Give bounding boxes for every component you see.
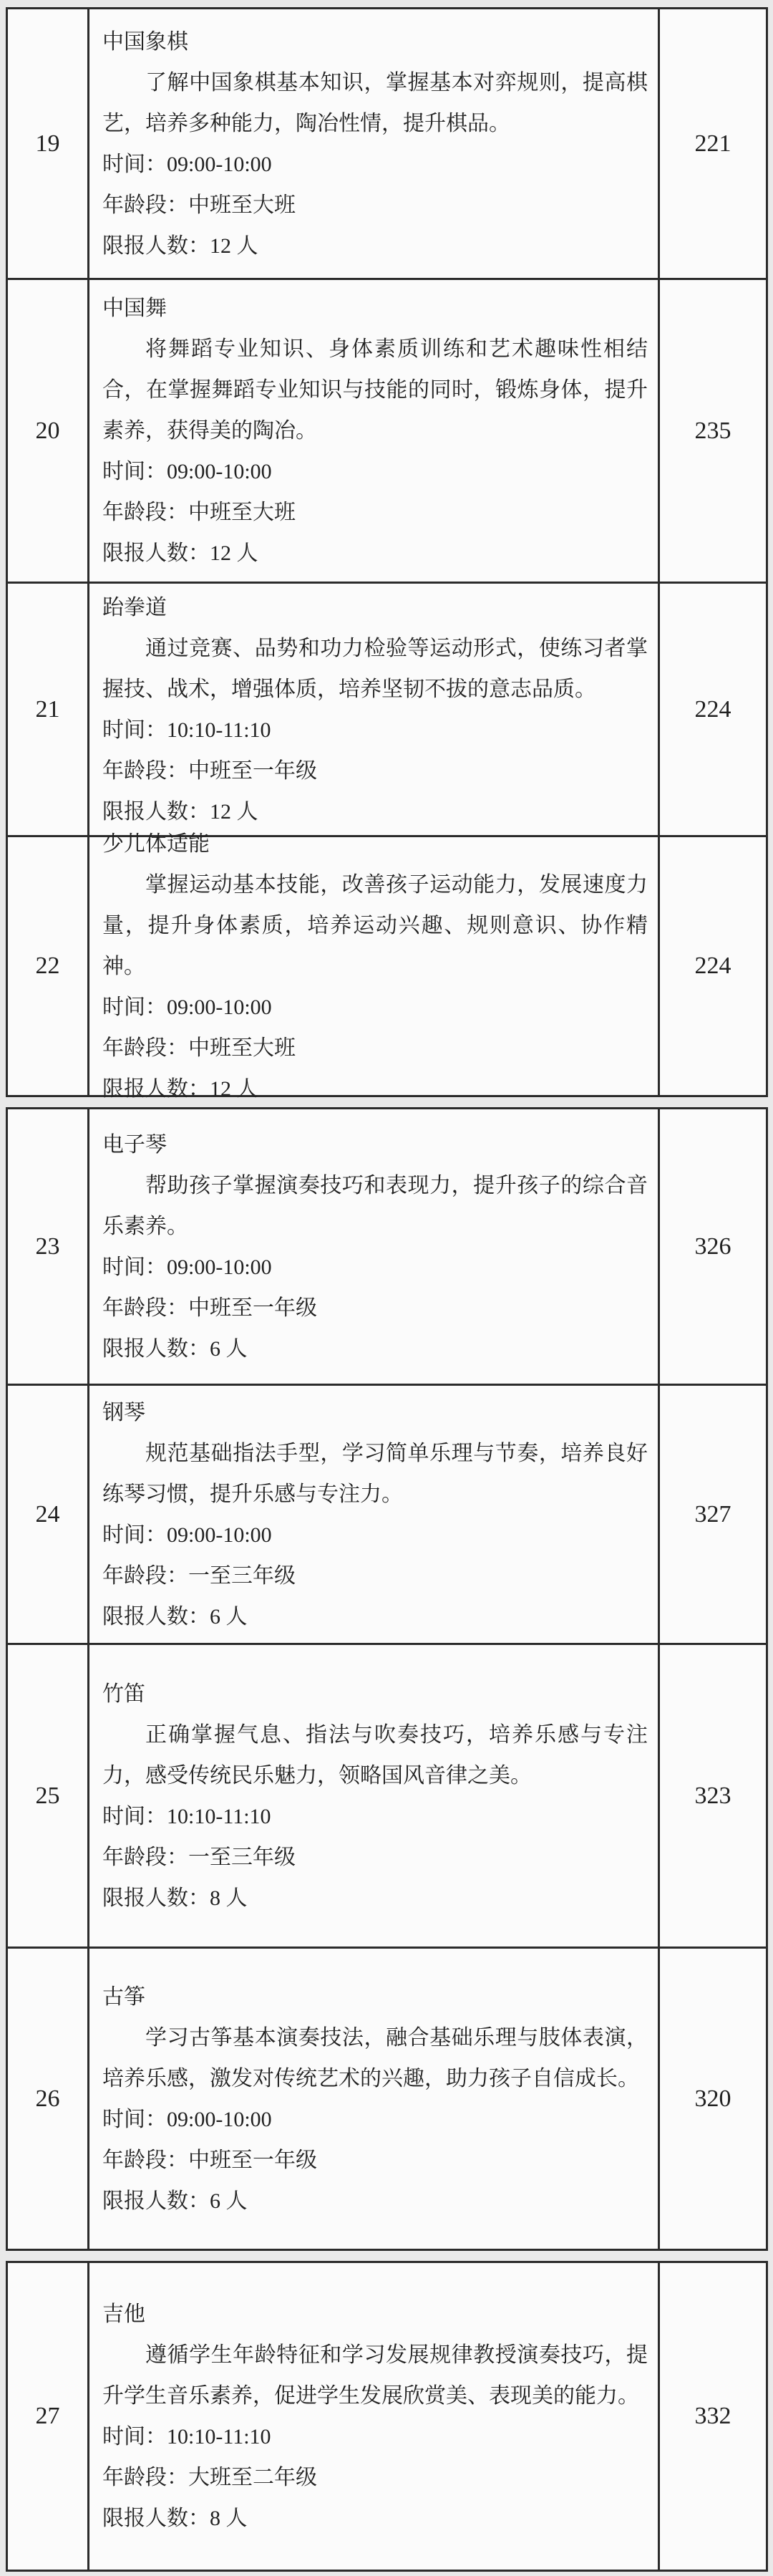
course-description: 遵循学生年龄特征和学习发展规律教授演奏技巧，提升学生音乐素养，促进学生发展欣赏美… bbox=[102, 2335, 648, 2416]
table-row: 21 跆拳道 通过竞赛、品势和功力检验等运动形式，使练习者掌握技、战术，增强体质… bbox=[8, 584, 766, 837]
course-description: 正确掌握气息、指法与吹奏技巧，培养乐感与专注力，感受传统民乐魅力，领略国风音律之… bbox=[102, 1714, 648, 1796]
enrollment-count-cell: 332 bbox=[660, 2263, 766, 2570]
course-description: 规范基础指法手型，学习简单乐理与节奏，培养良好练琴习惯，提升乐感与专注力。 bbox=[102, 1433, 648, 1515]
course-info-cell: 电子琴 帮助孩子掌握演奏技巧和表现力，提升孩子的综合音乐素养。 时间：09:00… bbox=[89, 1109, 660, 1384]
enrollment-count-cell: 224 bbox=[660, 584, 766, 835]
course-age-range: 年龄段：一至三年级 bbox=[102, 1837, 648, 1878]
enrollment-count-cell: 323 bbox=[660, 1645, 766, 1947]
course-time: 时间：10:10-11:10 bbox=[102, 1796, 648, 1837]
course-info-cell: 中国象棋 了解中国象棋基本知识，掌握基本对弈规则，提高棋艺，培养多种能力，陶冶性… bbox=[89, 9, 660, 278]
table-row: 26 古筝 学习古筝基本演奏技法，融合基础乐理与肢体表演，培养乐感，激发对传统艺… bbox=[8, 1949, 766, 2249]
course-time: 时间：09:00-10:00 bbox=[102, 2099, 648, 2140]
course-description: 学习古筝基本演奏技法，融合基础乐理与肢体表演，培养乐感，激发对传统艺术的兴趣，助… bbox=[102, 2017, 648, 2099]
table-row: 22 少儿体适能 掌握运动基本技能，改善孩子运动能力，发展速度力量，提升身体素质… bbox=[8, 837, 766, 1095]
course-age-range: 年龄段：中班至大班 bbox=[102, 492, 648, 533]
course-description: 通过竞赛、品势和功力检验等运动形式，使练习者掌握技、战术，增强体质，培养坚韧不拔… bbox=[102, 628, 648, 710]
course-title: 竹笛 bbox=[102, 1674, 648, 1714]
enrollment-count-cell: 327 bbox=[660, 1386, 766, 1643]
course-title: 少儿体适能 bbox=[102, 824, 648, 864]
course-age-range: 年龄段：大班至二年级 bbox=[102, 2457, 648, 2498]
enrollment-count-cell: 221 bbox=[660, 9, 766, 278]
table-row: 27 吉他 遵循学生年龄特征和学习发展规律教授演奏技巧，提升学生音乐素养，促进学… bbox=[8, 2263, 766, 2570]
course-time: 时间：09:00-10:00 bbox=[102, 451, 648, 492]
row-number-cell: 27 bbox=[8, 2263, 89, 2570]
document-page: 19 中国象棋 了解中国象棋基本知识，掌握基本对弈规则，提高棋艺，培养多种能力，… bbox=[0, 0, 773, 2576]
course-time: 时间：09:00-10:00 bbox=[102, 987, 648, 1028]
course-description: 了解中国象棋基本知识，掌握基本对弈规则，提高棋艺，培养多种能力，陶冶性情，提升棋… bbox=[102, 62, 648, 144]
course-title: 古筝 bbox=[102, 1977, 648, 2017]
table-row: 20 中国舞 将舞蹈专业知识、身体素质训练和艺术趣味性相结合，在掌握舞蹈专业知识… bbox=[8, 280, 766, 584]
course-title: 中国舞 bbox=[102, 288, 648, 329]
course-info-cell: 古筝 学习古筝基本演奏技法，融合基础乐理与肢体表演，培养乐感，激发对传统艺术的兴… bbox=[89, 1949, 660, 2249]
enrollment-count-cell: 224 bbox=[660, 837, 766, 1095]
course-capacity: 限报人数：12 人 bbox=[102, 533, 648, 574]
scanned-course-table-page: { "document": { "kind": "course enrollme… bbox=[0, 0, 773, 2576]
row-number-cell: 19 bbox=[8, 9, 89, 278]
course-info-cell: 少儿体适能 掌握运动基本技能，改善孩子运动能力，发展速度力量，提升身体素质，培养… bbox=[89, 837, 660, 1095]
course-info-cell: 吉他 遵循学生年龄特征和学习发展规律教授演奏技巧，提升学生音乐素养，促进学生发展… bbox=[89, 2263, 660, 2570]
row-number-cell: 21 bbox=[8, 584, 89, 835]
course-title: 中国象棋 bbox=[102, 21, 648, 62]
course-age-range: 年龄段：一至三年级 bbox=[102, 1555, 648, 1596]
course-title: 吉他 bbox=[102, 2294, 648, 2335]
course-info-cell: 跆拳道 通过竞赛、品势和功力检验等运动形式，使练习者掌握技、战术，增强体质，培养… bbox=[89, 584, 660, 835]
enrollment-count-cell: 320 bbox=[660, 1949, 766, 2249]
course-capacity: 限报人数：8 人 bbox=[102, 2498, 648, 2539]
row-number-cell: 23 bbox=[8, 1109, 89, 1384]
course-description: 帮助孩子掌握演奏技巧和表现力，提升孩子的综合音乐素养。 bbox=[102, 1165, 648, 1247]
course-info-cell: 竹笛 正确掌握气息、指法与吹奏技巧，培养乐感与专注力，感受传统民乐魅力，领略国风… bbox=[89, 1645, 660, 1947]
course-time: 时间：09:00-10:00 bbox=[102, 1247, 648, 1288]
course-capacity: 限报人数：6 人 bbox=[102, 1596, 648, 1637]
course-time: 时间：09:00-10:00 bbox=[102, 1515, 648, 1555]
course-age-range: 年龄段：中班至大班 bbox=[102, 1028, 648, 1068]
course-description: 掌握运动基本技能，改善孩子运动能力，发展速度力量，提升身体素质，培养运动兴趣、规… bbox=[102, 864, 648, 987]
table-row: 24 钢琴 规范基础指法手型，学习简单乐理与节奏，培养良好练琴习惯，提升乐感与专… bbox=[8, 1386, 766, 1645]
table-row: 25 竹笛 正确掌握气息、指法与吹奏技巧，培养乐感与专注力，感受传统民乐魅力，领… bbox=[8, 1645, 766, 1949]
course-info-cell: 钢琴 规范基础指法手型，学习简单乐理与节奏，培养良好练琴习惯，提升乐感与专注力。… bbox=[89, 1386, 660, 1643]
course-capacity: 限报人数：6 人 bbox=[102, 1328, 648, 1369]
table-row: 23 电子琴 帮助孩子掌握演奏技巧和表现力，提升孩子的综合音乐素养。 时间：09… bbox=[8, 1109, 766, 1386]
row-number-cell: 25 bbox=[8, 1645, 89, 1947]
course-info-cell: 中国舞 将舞蹈专业知识、身体素质训练和艺术趣味性相结合，在掌握舞蹈专业知识与技能… bbox=[89, 280, 660, 582]
course-time: 时间：10:10-11:10 bbox=[102, 2416, 648, 2457]
course-age-range: 年龄段：中班至大班 bbox=[102, 185, 648, 226]
row-number-cell: 22 bbox=[8, 837, 89, 1095]
course-title: 跆拳道 bbox=[102, 587, 648, 628]
course-time: 时间：09:00-10:00 bbox=[102, 144, 648, 185]
course-description: 将舞蹈专业知识、身体素质训练和艺术趣味性相结合，在掌握舞蹈专业知识与技能的同时，… bbox=[102, 329, 648, 451]
table-row: 19 中国象棋 了解中国象棋基本知识，掌握基本对弈规则，提高棋艺，培养多种能力，… bbox=[8, 9, 766, 280]
course-capacity: 限报人数：12 人 bbox=[102, 226, 648, 266]
course-capacity: 限报人数：6 人 bbox=[102, 2181, 648, 2222]
course-table-block-3: 27 吉他 遵循学生年龄特征和学习发展规律教授演奏技巧，提升学生音乐素养，促进学… bbox=[6, 2261, 768, 2572]
course-age-range: 年龄段：中班至一年级 bbox=[102, 2140, 648, 2181]
row-number-cell: 26 bbox=[8, 1949, 89, 2249]
course-age-range: 年龄段：中班至一年级 bbox=[102, 1288, 648, 1328]
course-time: 时间：10:10-11:10 bbox=[102, 710, 648, 751]
course-capacity: 限报人数：12 人 bbox=[102, 1068, 648, 1109]
course-title: 电子琴 bbox=[102, 1124, 648, 1165]
row-number-cell: 24 bbox=[8, 1386, 89, 1643]
course-title: 钢琴 bbox=[102, 1392, 648, 1433]
course-table-block-2: 23 电子琴 帮助孩子掌握演奏技巧和表现力，提升孩子的综合音乐素养。 时间：09… bbox=[6, 1107, 768, 2251]
course-age-range: 年龄段：中班至一年级 bbox=[102, 751, 648, 791]
enrollment-count-cell: 235 bbox=[660, 280, 766, 582]
row-number-cell: 20 bbox=[8, 280, 89, 582]
course-table-block-1: 19 中国象棋 了解中国象棋基本知识，掌握基本对弈规则，提高棋艺，培养多种能力，… bbox=[6, 7, 768, 1097]
course-capacity: 限报人数：8 人 bbox=[102, 1878, 648, 1919]
enrollment-count-cell: 326 bbox=[660, 1109, 766, 1384]
